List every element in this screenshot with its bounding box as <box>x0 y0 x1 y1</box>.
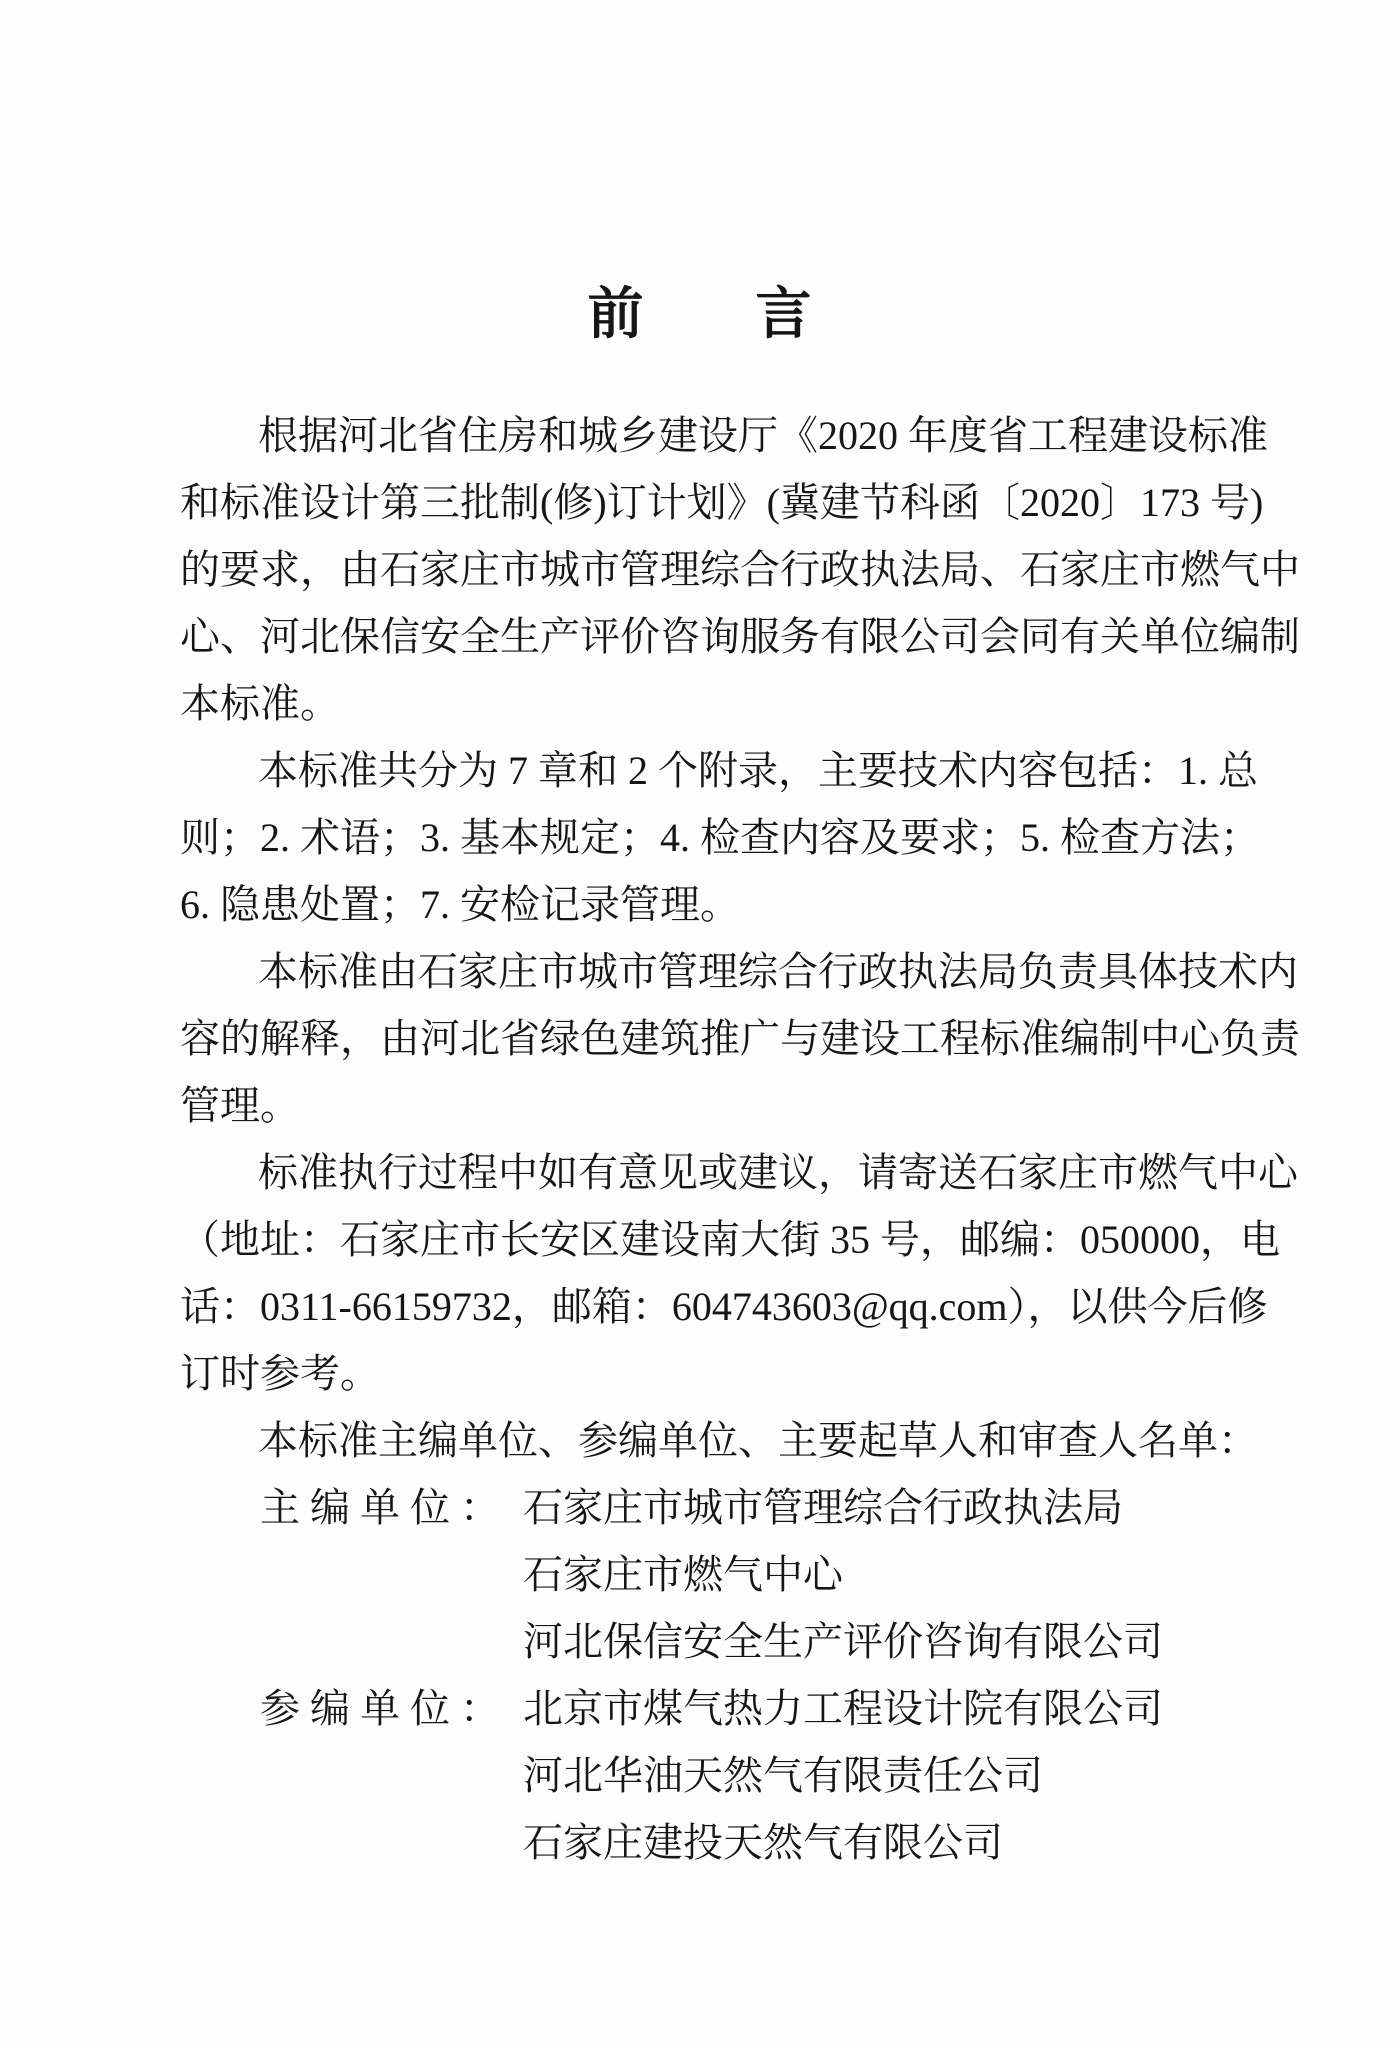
chief-editor-unit-row: 河北保信安全生产评价咨询有限公司 <box>180 1608 1220 1675</box>
unit-name: 石家庄建投天然气有限公司 <box>523 1809 1220 1876</box>
chief-editor-unit-row: 石家庄市燃气中心 <box>180 1541 1220 1608</box>
paragraph-line: 本标准共分为 7 章和 2 个附录，主要技术内容包括：1. 总 <box>180 737 1220 804</box>
unit-name: 河北保信安全生产评价咨询有限公司 <box>523 1608 1220 1675</box>
unit-name: 石家庄市城市管理综合行政执法局 <box>523 1474 1220 1541</box>
unit-role-label <box>260 1742 523 1809</box>
paragraph-line: 标准执行过程中如有意见或建议，请寄送石家庄市燃气中心 <box>180 1139 1220 1206</box>
participating-unit-row: 河北华油天然气有限责任公司 <box>180 1742 1220 1809</box>
unit-role-label: 主 编 单 位 ： <box>260 1474 523 1541</box>
paragraph-line: 的要求，由石家庄市城市管理综合行政执法局、石家庄市燃气中 <box>180 536 1220 603</box>
chief-editor-unit-row: 主 编 单 位 ： 石家庄市城市管理综合行政执法局 <box>180 1474 1220 1541</box>
unit-name: 北京市煤气热力工程设计院有限公司 <box>523 1675 1220 1742</box>
paragraph-line: 话：0311-66159732，邮箱：604743603@qq.com），以供今… <box>180 1273 1220 1340</box>
foreword-body: 根据河北省住房和城乡建设厅《2020 年度省工程建设标准 和标准设计第三批制(修… <box>180 402 1220 1876</box>
paragraph-line: 根据河北省住房和城乡建设厅《2020 年度省工程建设标准 <box>180 402 1220 469</box>
paragraph-line: 则；2. 术语；3. 基本规定；4. 检查内容及要求；5. 检查方法； <box>180 804 1220 871</box>
unit-role-label: 参 编 单 位 ： <box>260 1675 523 1742</box>
paragraph-line: 6. 隐患处置；7. 安检记录管理。 <box>180 871 1220 938</box>
paragraph-line: 管理。 <box>180 1072 1220 1139</box>
page-title: 前 言 <box>0 282 1399 349</box>
paragraph-line: 本标准。 <box>180 670 1220 737</box>
paragraph-line: 本标准由石家庄市城市管理综合行政执法局负责具体技术内 <box>180 938 1220 1005</box>
unit-name: 河北华油天然气有限责任公司 <box>523 1742 1220 1809</box>
paragraph-line: 心、河北保信安全生产评价咨询服务有限公司会同有关单位编制 <box>180 603 1220 670</box>
document-page: 前 言 根据河北省住房和城乡建设厅《2020 年度省工程建设标准 和标准设计第三… <box>0 0 1399 2048</box>
participating-unit-row: 石家庄建投天然气有限公司 <box>180 1809 1220 1876</box>
paragraph-line: 和标准设计第三批制(修)订计划》(冀建节科函〔2020〕173 号) <box>180 469 1220 536</box>
paragraph-line: 本标准主编单位、参编单位、主要起草人和审查人名单： <box>180 1407 1220 1474</box>
unit-role-label <box>260 1809 523 1876</box>
participating-unit-row: 参 编 单 位 ： 北京市煤气热力工程设计院有限公司 <box>180 1675 1220 1742</box>
paragraph-line: 订时参考。 <box>180 1340 1220 1407</box>
paragraph-line: （地址：石家庄市长安区建设南大街 35 号，邮编：050000，电 <box>180 1206 1220 1273</box>
unit-role-label <box>260 1608 523 1675</box>
unit-name: 石家庄市燃气中心 <box>523 1541 1220 1608</box>
unit-role-label <box>260 1541 523 1608</box>
paragraph-line: 容的解释，由河北省绿色建筑推广与建设工程标准编制中心负责 <box>180 1005 1220 1072</box>
